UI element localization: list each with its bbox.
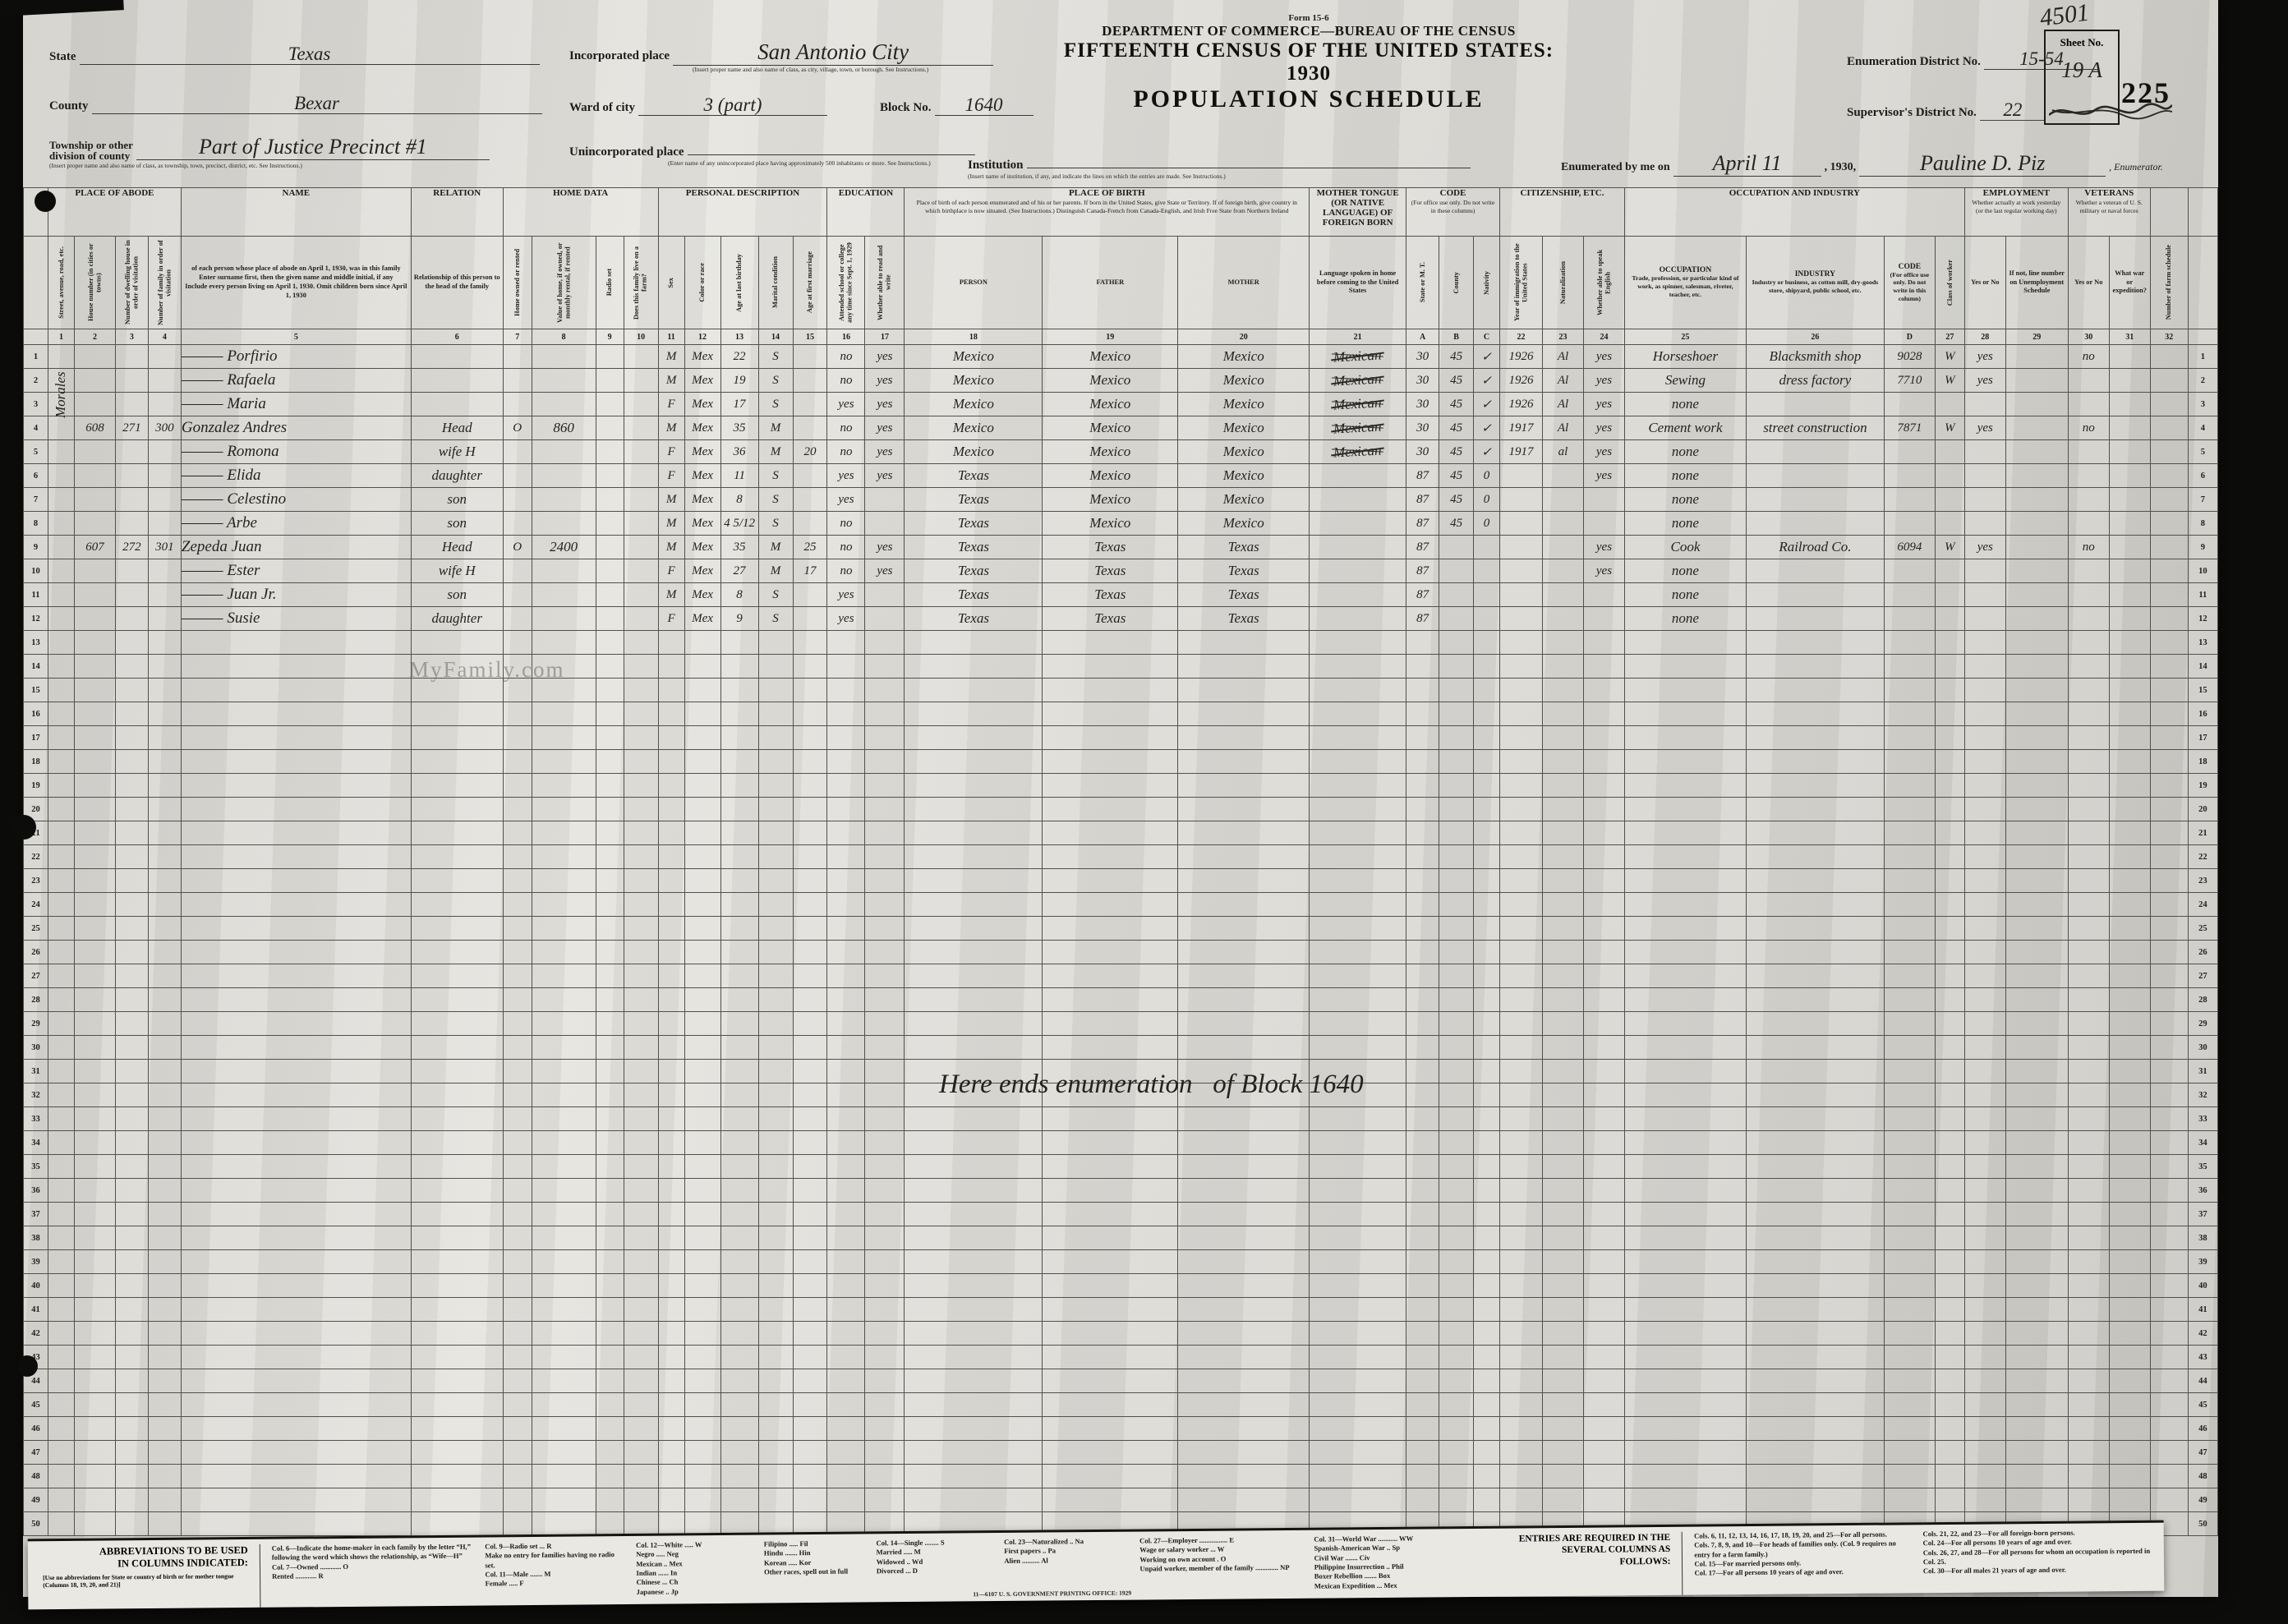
cell-agem	[793, 1298, 827, 1322]
cell-occ: none	[1624, 512, 1746, 536]
cell-cls	[1935, 821, 1964, 845]
col-header-cC: Nativity	[1474, 237, 1500, 329]
cell-cls	[1935, 964, 1964, 988]
cell-cC	[1474, 1155, 1500, 1179]
cell-tongue	[1310, 1488, 1406, 1512]
cell-marital	[758, 1393, 793, 1417]
cell-school	[827, 1346, 865, 1369]
cell-farmsch	[2150, 607, 2188, 631]
cell-unemp	[2005, 1060, 2068, 1083]
cell-dwell	[115, 583, 148, 607]
cell-cB	[1439, 750, 1474, 774]
cell-bp	[905, 1369, 1043, 1393]
cell-work	[1964, 440, 2005, 464]
cell-farmsch	[2150, 845, 2188, 869]
cell-value	[532, 702, 596, 726]
cell-agem	[793, 845, 827, 869]
cell-marital	[758, 774, 793, 798]
cell-name	[181, 1012, 411, 1036]
col-header-bp: PERSON	[905, 237, 1043, 329]
block-label: Block No.	[880, 101, 932, 114]
cell-fam	[148, 1083, 181, 1107]
sd-value: 22	[2003, 99, 2022, 120]
col-header-vet: Yes or No	[2068, 237, 2109, 329]
cell-war	[2109, 1250, 2150, 1274]
cell-read	[865, 583, 905, 607]
cell-name: ——— Maria	[181, 393, 411, 416]
cell-marital	[758, 1250, 793, 1274]
cell-sex	[658, 1417, 684, 1441]
cell-codeD	[1884, 774, 1935, 798]
cell-race	[684, 1298, 720, 1322]
cell-read: yes	[865, 416, 905, 440]
cell-age	[720, 798, 758, 821]
cell-nat	[1543, 1012, 1584, 1036]
schedule-row-46: 4646	[24, 1417, 2218, 1441]
cell-vet	[2068, 1274, 2109, 1298]
cell-farm	[624, 750, 658, 774]
cell-occ: none	[1624, 583, 1746, 607]
cell-war	[2109, 1393, 2150, 1417]
cell-cA	[1406, 964, 1439, 988]
cell-tongue: Mexican	[1310, 416, 1406, 440]
cell-cB	[1439, 1298, 1474, 1322]
cell-read	[865, 512, 905, 536]
cell-nat	[1543, 1393, 1584, 1417]
cell-bpf	[1043, 679, 1178, 702]
cell-ln_r: 5	[2188, 440, 2217, 464]
cell-farm	[624, 1465, 658, 1488]
enumerator-name: Pauline D. Piz	[1920, 151, 2045, 175]
col-number-read: 17	[865, 329, 905, 345]
township-value: Part of Justice Precinct #1	[199, 135, 427, 159]
cell-ln_l: 46	[24, 1417, 48, 1441]
cell-vet	[2068, 1393, 2109, 1417]
col-header-house: House number (in cities or towns)	[74, 237, 115, 329]
cell-occ: none	[1624, 464, 1746, 488]
population-schedule-table: PLACE OF ABODENAMERELATIONHOME DATAPERSO…	[23, 187, 2218, 1536]
cell-bp: Mexico	[905, 393, 1043, 416]
cell-value	[532, 1346, 596, 1369]
cell-bp: Texas	[905, 464, 1043, 488]
cell-nat	[1543, 750, 1584, 774]
col-group-relation: RELATION	[411, 188, 503, 237]
cell-race	[684, 774, 720, 798]
cell-occ: Cement work	[1624, 416, 1746, 440]
cell-immig	[1500, 559, 1543, 583]
cell-english	[1583, 679, 1624, 702]
enumerated-date: April 11	[1713, 151, 1782, 175]
cell-cA	[1406, 1322, 1439, 1346]
cell-cls	[1935, 655, 1964, 679]
cell-unemp	[2005, 941, 2068, 964]
cell-war	[2109, 1036, 2150, 1060]
cell-work	[1964, 1488, 2005, 1512]
cell-vet	[2068, 1155, 2109, 1179]
cell-tongue	[1310, 1465, 1406, 1488]
cell-street	[48, 917, 74, 941]
cell-street	[48, 1131, 74, 1155]
cell-war	[2109, 1131, 2150, 1155]
cell-farm	[624, 1250, 658, 1274]
cell-cA	[1406, 893, 1439, 917]
cell-name	[181, 726, 411, 750]
cell-school	[827, 1107, 865, 1131]
cell-english	[1583, 988, 1624, 1012]
cell-age	[720, 726, 758, 750]
cell-cA	[1406, 869, 1439, 893]
cell-ind: dress factory	[1746, 369, 1884, 393]
cell-age	[720, 774, 758, 798]
cell-cA: 30	[1406, 393, 1439, 416]
cell-radio	[596, 1203, 624, 1226]
cell-own	[503, 1012, 532, 1036]
cell-house	[74, 750, 115, 774]
cell-radio	[596, 679, 624, 702]
cell-vet	[2068, 702, 2109, 726]
cell-dwell	[115, 464, 148, 488]
cell-street	[48, 512, 74, 536]
cell-occ: none	[1624, 488, 1746, 512]
cell-race: Mex	[684, 583, 720, 607]
cell-cA	[1406, 1441, 1439, 1465]
cell-vet	[2068, 1226, 2109, 1250]
cell-vet	[2068, 488, 2109, 512]
cell-vet	[2068, 583, 2109, 607]
sheet-value: 19 A	[2046, 58, 2118, 83]
cell-dwell	[115, 440, 148, 464]
cell-marital	[758, 988, 793, 1012]
cell-name	[181, 1250, 411, 1274]
cell-sex	[658, 1155, 684, 1179]
cell-street	[48, 464, 74, 488]
cell-ind	[1746, 1298, 1884, 1322]
cell-sex	[658, 1322, 684, 1346]
cell-street	[48, 941, 74, 964]
cell-school	[827, 655, 865, 679]
cell-race: Mex	[684, 416, 720, 440]
cell-cls	[1935, 726, 1964, 750]
cell-fam	[148, 798, 181, 821]
cell-relation	[411, 1250, 503, 1274]
cell-read	[865, 1083, 905, 1107]
cell-own	[503, 345, 532, 369]
cell-fam	[148, 679, 181, 702]
cell-house	[74, 845, 115, 869]
schedule-row-37: 3737	[24, 1203, 2218, 1226]
col-header-read: Whether able to read and write	[865, 237, 905, 329]
cell-bpm	[1178, 1465, 1310, 1488]
schedule-row-8: 8——— ArbesonMMex4 5/12SnoTexasMexicoMexi…	[24, 512, 2218, 536]
schedule-row-5: 5——— Romonawife HFMex36M20noyesMexicoMex…	[24, 440, 2218, 464]
cell-nat	[1543, 917, 1584, 941]
cell-fam	[148, 655, 181, 679]
cell-relation	[411, 345, 503, 369]
cell-cC	[1474, 1465, 1500, 1488]
cell-dwell: 272	[115, 536, 148, 559]
cell-ln_r: 29	[2188, 1012, 2217, 1036]
cell-ind	[1746, 607, 1884, 631]
cell-farmsch	[2150, 941, 2188, 964]
cell-ind	[1746, 1012, 1884, 1036]
cell-nat	[1543, 1060, 1584, 1083]
cell-house	[74, 679, 115, 702]
page-stamp: 225	[2121, 76, 2171, 110]
cell-immig	[1500, 845, 1543, 869]
cell-fam	[148, 607, 181, 631]
cell-war	[2109, 559, 2150, 583]
col-header-age: Age at last birthday	[720, 237, 758, 329]
cell-age	[720, 655, 758, 679]
cell-farm	[624, 917, 658, 941]
cell-cC	[1474, 750, 1500, 774]
cell-immig	[1500, 1274, 1543, 1298]
schedule-row-2: 2——— RafaelaMMex19SnoyesMexicoMexicoMexi…	[24, 369, 2218, 393]
cell-read	[865, 607, 905, 631]
cell-ln_l: 36	[24, 1179, 48, 1203]
cell-street	[48, 1417, 74, 1441]
cell-dwell	[115, 798, 148, 821]
cell-ln_r: 9	[2188, 536, 2217, 559]
cell-sex	[658, 941, 684, 964]
abbrev-block: Col. 23—Naturalized .. Na First papers .…	[1004, 1537, 1128, 1566]
cell-occ	[1624, 1441, 1746, 1465]
cell-bp	[905, 1250, 1043, 1274]
cell-war	[2109, 1274, 2150, 1298]
cell-ln_l: 35	[24, 1155, 48, 1179]
cell-english	[1583, 1298, 1624, 1322]
cell-immig	[1500, 1226, 1543, 1250]
col-group-employment: EMPLOYMENTWhether actually at work yeste…	[1964, 188, 2068, 237]
cell-ln_r: 37	[2188, 1203, 2217, 1226]
cell-bpm	[1178, 869, 1310, 893]
cell-work	[1964, 1274, 2005, 1298]
cell-vet	[2068, 1369, 2109, 1393]
cell-english	[1583, 631, 1624, 655]
cell-farmsch	[2150, 774, 2188, 798]
cell-house	[74, 1322, 115, 1346]
cell-cA	[1406, 1012, 1439, 1036]
cell-cC	[1474, 964, 1500, 988]
cell-ln_l: 45	[24, 1393, 48, 1417]
cell-school: no	[827, 440, 865, 464]
cell-work	[1964, 512, 2005, 536]
schedule-row-39: 3939	[24, 1250, 2218, 1274]
cell-tongue: Mexican	[1310, 393, 1406, 416]
cell-school	[827, 702, 865, 726]
cell-dwell	[115, 393, 148, 416]
cell-codeD	[1884, 1107, 1935, 1131]
cell-codeD	[1884, 512, 1935, 536]
cell-work	[1964, 1465, 2005, 1488]
cell-work	[1964, 631, 2005, 655]
cell-codeD	[1884, 1083, 1935, 1107]
cell-read	[865, 1369, 905, 1393]
cell-cB	[1439, 1441, 1474, 1465]
cell-occ	[1624, 821, 1746, 845]
cell-tongue: Mexican	[1310, 369, 1406, 393]
col-number-name: 5	[181, 329, 411, 345]
cell-vet	[2068, 369, 2109, 393]
cell-bp	[905, 726, 1043, 750]
cell-unemp	[2005, 583, 2068, 607]
cell-codeD	[1884, 631, 1935, 655]
cell-cA: 87	[1406, 583, 1439, 607]
cell-occ	[1624, 1036, 1746, 1060]
cell-house	[74, 1250, 115, 1274]
cell-bp	[905, 1012, 1043, 1036]
cell-unemp	[2005, 821, 2068, 845]
cell-street	[48, 1441, 74, 1465]
cell-cls	[1935, 1465, 1964, 1488]
cell-name	[181, 1322, 411, 1346]
cell-bpf: Mexico	[1043, 512, 1178, 536]
cell-street	[48, 1012, 74, 1036]
cell-bpm	[1178, 631, 1310, 655]
cell-ln_l: 15	[24, 679, 48, 702]
cell-cB	[1439, 893, 1474, 917]
col-group-education: EDUCATION	[827, 188, 905, 237]
cell-read	[865, 750, 905, 774]
cell-vet	[2068, 1036, 2109, 1060]
cell-tongue	[1310, 631, 1406, 655]
cell-marital	[758, 726, 793, 750]
cell-age: 27	[720, 559, 758, 583]
form-number: Form 15-6	[1054, 13, 1563, 23]
cell-cC: ✓	[1474, 416, 1500, 440]
cell-street	[48, 416, 74, 440]
schedule-row-18: 1818	[24, 750, 2218, 774]
cell-street	[48, 845, 74, 869]
cell-vet	[2068, 1346, 2109, 1369]
cell-ln_r: 42	[2188, 1322, 2217, 1346]
cell-cls	[1935, 750, 1964, 774]
cell-name: ——— Celestino	[181, 488, 411, 512]
cell-ln_r: 21	[2188, 821, 2217, 845]
abbrev-title-block: ABBREVIATIONS TO BE USED IN COLUMNS INDI…	[43, 1544, 248, 1589]
cell-war	[2109, 1155, 2150, 1179]
cell-cB: 45	[1439, 464, 1474, 488]
cell-war	[2109, 917, 2150, 941]
cell-dwell	[115, 655, 148, 679]
cell-english	[1583, 702, 1624, 726]
cell-cC	[1474, 1346, 1500, 1369]
cell-age	[720, 893, 758, 917]
cell-dwell	[115, 726, 148, 750]
cell-farm	[624, 1298, 658, 1322]
cell-tongue	[1310, 1250, 1406, 1274]
cell-war	[2109, 726, 2150, 750]
cell-dwell	[115, 964, 148, 988]
cell-vet	[2068, 1179, 2109, 1203]
cell-bpm	[1178, 679, 1310, 702]
cell-farmsch	[2150, 393, 2188, 416]
cell-race	[684, 988, 720, 1012]
cell-tongue	[1310, 750, 1406, 774]
cell-english	[1583, 917, 1624, 941]
cell-ln_l: 42	[24, 1322, 48, 1346]
cell-tongue	[1310, 1274, 1406, 1298]
cell-cB	[1439, 1346, 1474, 1369]
cell-bpm	[1178, 893, 1310, 917]
cell-codeD	[1884, 798, 1935, 821]
cell-nat	[1543, 488, 1584, 512]
cell-value	[532, 869, 596, 893]
cell-value	[532, 464, 596, 488]
cell-marital	[758, 798, 793, 821]
cell-cC: 0	[1474, 464, 1500, 488]
cell-marital: M	[758, 536, 793, 559]
cell-relation	[411, 1322, 503, 1346]
cell-own	[503, 845, 532, 869]
cell-ln_r: 6	[2188, 464, 2217, 488]
cell-war	[2109, 750, 2150, 774]
cell-nat	[1543, 536, 1584, 559]
cell-name: Gonzalez Andres	[181, 416, 411, 440]
cell-house	[74, 1060, 115, 1083]
cell-dwell	[115, 1465, 148, 1488]
cell-street	[48, 964, 74, 988]
cell-cls	[1935, 869, 1964, 893]
cell-fam	[148, 1346, 181, 1369]
cell-name: ——— Porfirio	[181, 345, 411, 369]
cell-relation	[411, 917, 503, 941]
cell-agem	[793, 1441, 827, 1465]
cell-ln_r: 23	[2188, 869, 2217, 893]
sheet-number-box: Sheet No. 19 A	[2044, 30, 2120, 125]
cell-english	[1583, 655, 1624, 679]
cell-relation	[411, 821, 503, 845]
col-number-own: 7	[503, 329, 532, 345]
cell-farm	[624, 1274, 658, 1298]
cell-dwell	[115, 1322, 148, 1346]
cell-house	[74, 369, 115, 393]
incorporated-note: (Insert proper name and also name of cla…	[693, 66, 1029, 73]
schedule-row-34: 3434	[24, 1131, 2218, 1155]
cell-codeD	[1884, 941, 1935, 964]
cell-agem	[793, 345, 827, 369]
cell-tongue	[1310, 488, 1406, 512]
cell-war	[2109, 631, 2150, 655]
cell-race: Mex	[684, 607, 720, 631]
cell-relation	[411, 1298, 503, 1322]
cell-cls	[1935, 679, 1964, 702]
cell-age	[720, 964, 758, 988]
cell-cls	[1935, 1441, 1964, 1465]
col-number-sex: 11	[658, 329, 684, 345]
cell-age	[720, 941, 758, 964]
cell-bpm: Mexico	[1178, 488, 1310, 512]
cell-bpm	[1178, 655, 1310, 679]
cell-marital	[758, 1441, 793, 1465]
unincorporated-field: Unincorporated place (Enter name of any …	[569, 145, 1029, 167]
cell-cB	[1439, 607, 1474, 631]
cell-school: yes	[827, 393, 865, 416]
cell-farmsch	[2150, 1083, 2188, 1107]
col-header-dwell: Number of dwelling house in order of vis…	[115, 237, 148, 329]
cell-farmsch	[2150, 1131, 2188, 1155]
hole-punch	[12, 815, 36, 840]
cell-tongue	[1310, 774, 1406, 798]
cell-read	[865, 1393, 905, 1417]
cell-dwell	[115, 1298, 148, 1322]
cell-work	[1964, 464, 2005, 488]
cell-cC	[1474, 1131, 1500, 1155]
cell-codeD: 7871	[1884, 416, 1935, 440]
cell-work	[1964, 1441, 2005, 1465]
cell-cA	[1406, 1131, 1439, 1155]
cell-agem	[793, 1393, 827, 1417]
